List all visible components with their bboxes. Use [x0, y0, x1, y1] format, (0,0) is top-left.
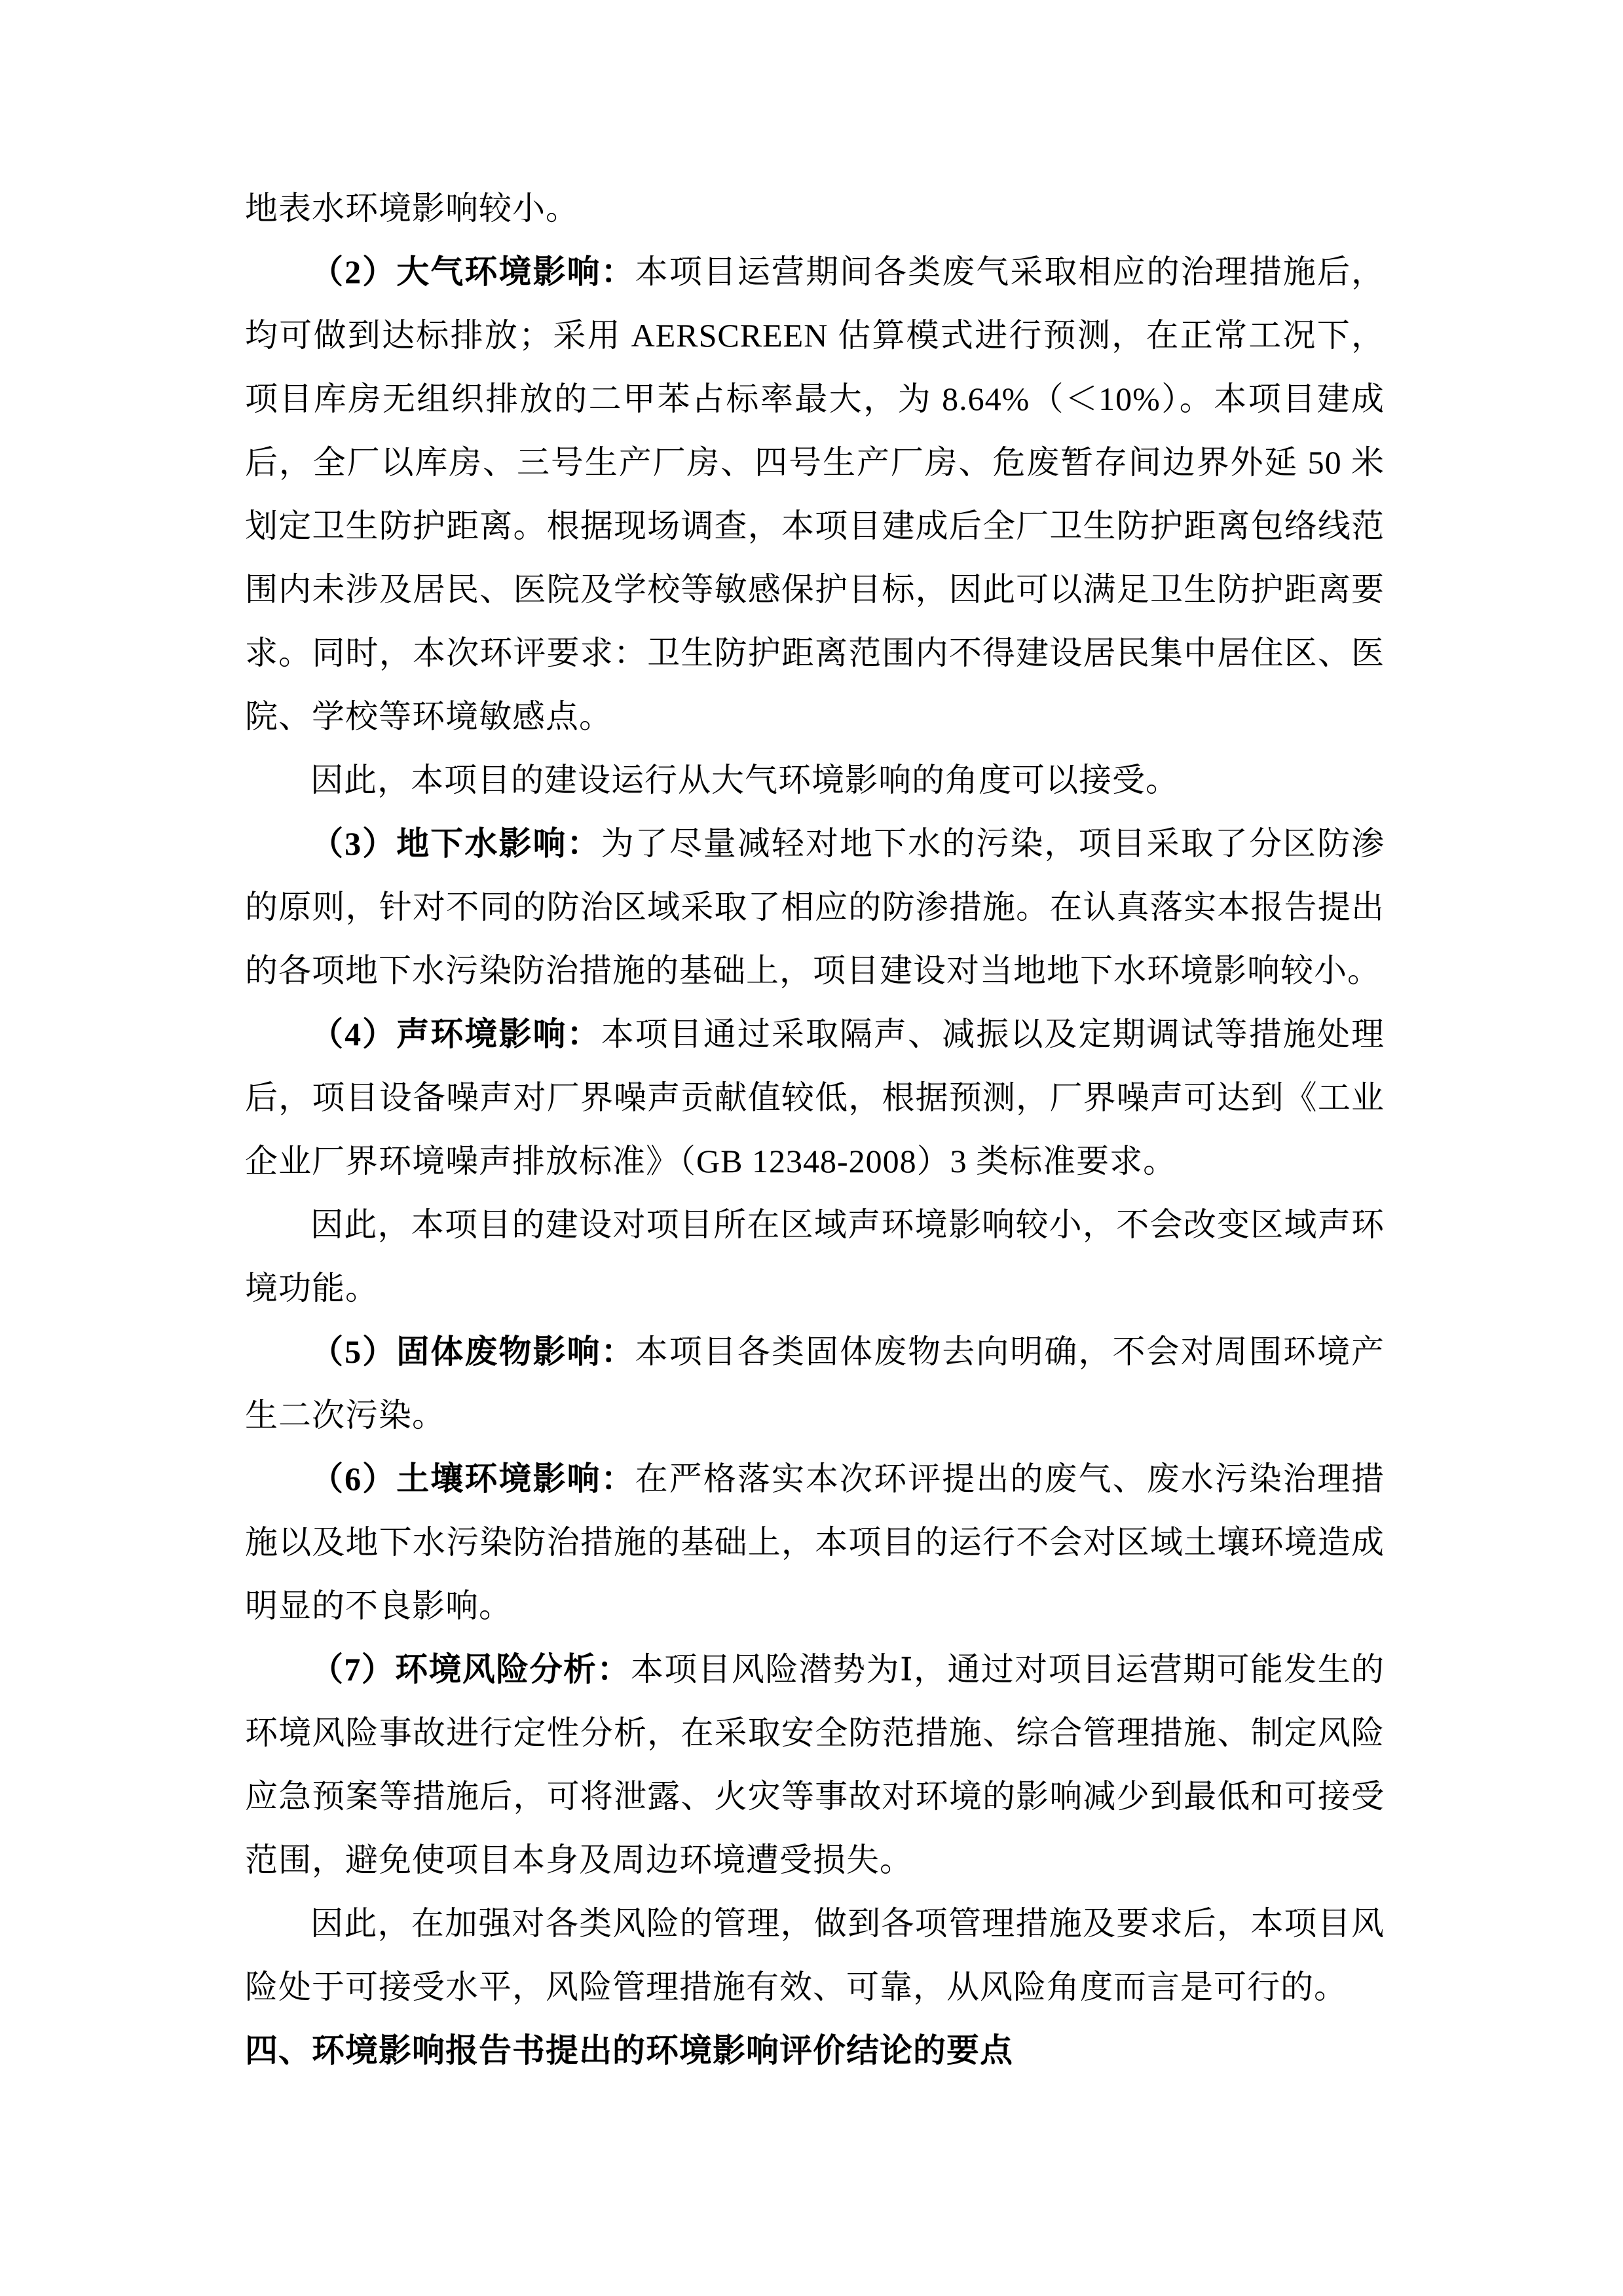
paragraph-text: 地表水环境影响较小。 — [245, 190, 579, 227]
document-page: 地表水环境影响较小。（2）大气环境影响：本项目运营期间各类废气采取相应的治理措施… — [0, 0, 1623, 2296]
paragraph-text: 因此，本项目的建设对项目所在区域声环境影响较小，不会改变区域声环境功能。 — [245, 1206, 1385, 1306]
paragraph-label: （5）固体废物影响： — [310, 1333, 635, 1370]
paragraph-text: 因此，在加强对各类风险的管理，做到各项管理措施及要求后，本项目风险处于可接受水平… — [245, 1905, 1385, 2005]
paragraph: （4）声环境影响：本项目通过采取隔声、减振以及定期调试等措施处理后，项目设备噪声… — [245, 1003, 1385, 1193]
paragraph: 因此，在加强对各类风险的管理，做到各项管理措施及要求后，本项目风险处于可接受水平… — [245, 1892, 1385, 2019]
paragraph-text: 本项目运营期间各类废气采取相应的治理措施后，均可做到达标排放；采用 AERSCR… — [245, 253, 1385, 735]
paragraph: （2）大气环境影响：本项目运营期间各类废气采取相应的治理措施后，均可做到达标排放… — [245, 240, 1385, 749]
paragraph-text: 因此，本项目的建设运行从大气环境影响的角度可以接受。 — [310, 762, 1179, 798]
paragraph-label: （7）环境风险分析： — [310, 1651, 631, 1688]
paragraph: 因此，本项目的建设运行从大气环境影响的角度可以接受。 — [245, 749, 1385, 812]
paragraph-label: （6）土壤环境影响： — [310, 1460, 635, 1497]
paragraph: （6）土壤环境影响：在严格落实本次环评提出的废气、废水污染治理措施以及地下水污染… — [245, 1447, 1385, 1638]
paragraph-text: 四、环境影响报告书提出的环境影响评价结论的要点 — [245, 2032, 1013, 2069]
paragraph-label: （2）大气环境影响： — [310, 253, 635, 290]
paragraph: 地表水环境影响较小。 — [245, 177, 1385, 240]
section-heading: 四、环境影响报告书提出的环境影响评价结论的要点 — [245, 2019, 1385, 2083]
document-content: 地表水环境影响较小。（2）大气环境影响：本项目运营期间各类废气采取相应的治理措施… — [245, 177, 1385, 2083]
paragraph: （7）环境风险分析：本项目风险潜势为Ⅰ，通过对项目运营期可能发生的环境风险事故进… — [245, 1638, 1385, 1892]
paragraph: 因此，本项目的建设对项目所在区域声环境影响较小，不会改变区域声环境功能。 — [245, 1193, 1385, 1320]
paragraph-label: （3）地下水影响： — [310, 825, 601, 862]
paragraph: （3）地下水影响：为了尽量减轻对地下水的污染，项目采取了分区防渗的原则，针对不同… — [245, 812, 1385, 1003]
paragraph: （5）固体废物影响：本项目各类固体废物去向明确，不会对周围环境产生二次污染。 — [245, 1320, 1385, 1447]
paragraph-label: （4）声环境影响： — [310, 1016, 601, 1052]
